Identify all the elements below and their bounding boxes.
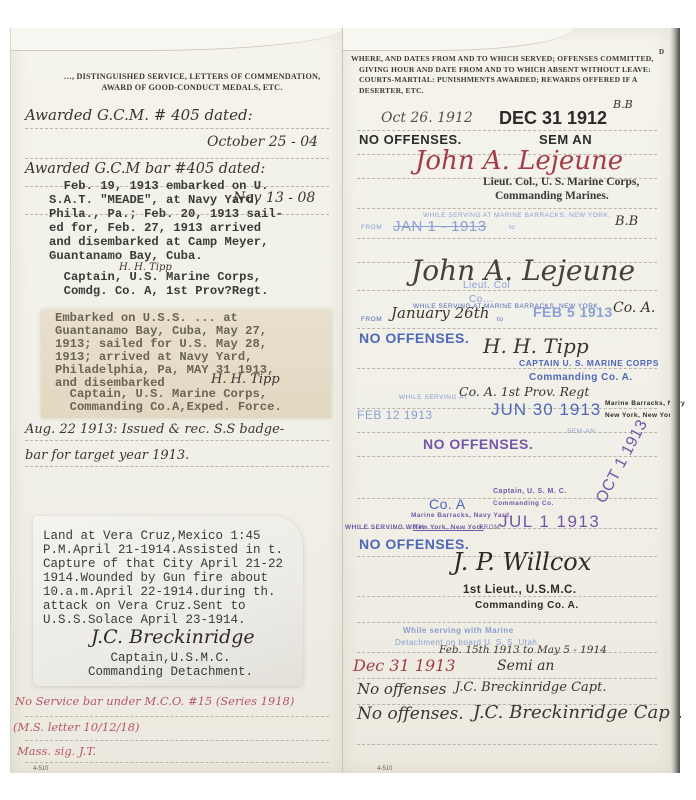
left-header: …, DISTINGUISHED SERVICE, LETTERS OF COM… — [47, 72, 337, 93]
service-bar-note: No Service bar under M.C.O. #15 (Series … — [15, 694, 294, 708]
entry-3-title: Commanding Co. A. — [529, 372, 633, 383]
entry-6-semi-annual: Semi an — [497, 658, 554, 674]
willcox-signature: J. P. Willcox — [453, 548, 591, 576]
entry-3-to-label: to — [497, 316, 503, 323]
page-fold — [11, 28, 343, 51]
right-header: WHERE, AND DATES FROM AND TO WHICH SERVE… — [351, 54, 669, 96]
slip-1-line: S.A.T. "MEADE", at Navy Yard, — [49, 194, 261, 208]
entry-2-initials: B.B — [615, 214, 638, 229]
service-bar-note: (M.S. letter 10/12/18) — [13, 720, 140, 734]
page-fold — [343, 28, 573, 51]
slip-1-line: ed for, Feb. 27, 1913 arrived — [49, 222, 261, 236]
entry-6-offense-1: No offenses — [357, 680, 446, 698]
right-header-line: COURTS-MARTIAL: PUNISHMENTS AWARDED; REW… — [351, 75, 669, 86]
entry-2-from-label: FROM — [361, 224, 382, 231]
entry-1-semi-annual: SEM AN — [539, 132, 592, 147]
entry-6-offense-2: No offenses. — [357, 704, 464, 724]
slip-3-line: 1914.Wounded by Gun fire about — [43, 572, 268, 586]
left-header-line-2: AWARD OF GOOD-CONDUCT MEDALS, ETC. — [47, 83, 337, 94]
entry-4-unit: Co. A. 1st Prov. Regt — [459, 384, 589, 399]
slip-1-title: Comdg. Co. A, 1st Prov?Regt. — [49, 285, 268, 299]
entry-4-to-stamp: JUN 30 1913 — [491, 400, 601, 420]
entry-5-company: Co. A — [429, 496, 466, 512]
entry-3-title: CAPTAIN U. S. MARINE CORPS — [519, 358, 659, 368]
entry-4-offenses-stamp: NO OFFENSES. — [423, 436, 533, 452]
entry-1-title: Lieut. Col., U. S. Marine Corps, — [483, 176, 639, 188]
slip-1-line: Feb. 19, 1913 embarked on U. — [49, 180, 268, 194]
entry-5-title: 1st Lieut., U.S.M.C. — [463, 584, 577, 596]
entry-5-location-1: Marine Barracks, Navy Yard, — [411, 512, 512, 519]
entry-4-location: New York, New York — [605, 412, 676, 419]
slip-3-line: Capture of that City April 21-22 — [43, 558, 283, 572]
left-header-line-1: …, DISTINGUISHED SERVICE, LETTERS OF COM… — [47, 72, 337, 83]
lejeune-signature: John A. Lejeune — [411, 254, 635, 287]
entry-5-commanding-stamp: Commanding Co. — [493, 500, 554, 507]
breckinridge-signature: J.C. Breckinridge — [91, 626, 255, 648]
slip-3-line: P.M.April 21-1914.Assisted in t. — [43, 544, 283, 558]
right-header-line: GIVING HOUR AND DATE FROM AND TO WHICH A… — [351, 65, 669, 76]
entry-2-to-label: to — [509, 224, 515, 231]
entry-1-from-date: Oct 26. 1912 — [381, 110, 473, 126]
entry-5-to-stamp: OCT 1 1913 — [593, 417, 652, 507]
sharpshooter-badge-entry: Aug. 22 1913: Issued & rec. S.S badge- — [25, 422, 284, 437]
right-header-line: WHERE, AND DATES FROM AND TO WHICH SERVE… — [351, 54, 669, 65]
page-edge-shadow — [670, 28, 680, 773]
slip-3-line: attack on Vera Cruz.Sent to — [43, 600, 246, 614]
service-bar-note: Mass. sig. J.T. — [17, 744, 96, 758]
entry-3-offenses-stamp: NO OFFENSES. — [359, 330, 469, 346]
entry-4-semi-annual: SEM-AN — [567, 428, 595, 435]
gcm-award-date: October 25 - 04 — [207, 134, 318, 150]
entry-5-location-2: New York, New York — [413, 524, 484, 531]
entry-5-from-label: FROM — [479, 524, 500, 531]
vera-cruz-slip: Land at Vera Cruz,Mexico 1:45 P.M.April … — [33, 516, 303, 686]
entry-5-title: Commanding Co. A. — [475, 600, 579, 611]
entry-6-red-date: Dec 31 1913 — [353, 656, 456, 675]
breckinridge-signature: J.C. Breckinridge Capt. — [473, 702, 683, 723]
slip-2-title: Commanding Co.A,Exped. Force. — [55, 401, 282, 415]
slip-3-line: Land at Vera Cruz,Mexico 1:45 — [43, 530, 261, 544]
entry-1-offenses-stamp: NO OFFENSES. — [359, 132, 462, 147]
right-header-line: DESERTER, ETC. — [351, 86, 669, 97]
left-page: …, DISTINGUISHED SERVICE, LETTERS OF COM… — [10, 28, 343, 773]
slip-1-line: Phila., Pa.; Feb. 20, 1913 sail- — [49, 208, 283, 222]
entry-3-initials: Co. A. — [613, 300, 655, 316]
entry-4-serving-at: WHILE SERVING AT — [399, 394, 468, 401]
slip-3-line: 10.a.m.April 22-1914.during th. — [43, 586, 276, 600]
entry-3-from-date: January 26th — [391, 304, 489, 322]
entry-2-from-stamp: JAN 1 - 1913 — [393, 218, 487, 235]
right-page: D WHERE, AND DATES FROM AND TO WHICH SER… — [342, 28, 671, 773]
entry-4-from-stamp: FEB 12 1913 — [357, 408, 433, 422]
entry-1-initials: B.B — [613, 98, 633, 111]
breckinridge-signature: J.C. Breckinridge Capt. — [455, 680, 606, 695]
entry-1-to-stamp: DEC 31 1912 — [499, 108, 607, 129]
slip-3-title: Commanding Detachment. — [43, 666, 253, 680]
slip-3-title: Captain,U.S.M.C. — [43, 652, 231, 666]
tipp-signature: H. H. Tipp — [211, 372, 280, 387]
entry-5-title-stamp: Captain, U. S. M. C. — [493, 488, 567, 495]
sharpshooter-badge-entry: bar for target year 1913. — [25, 448, 189, 463]
form-number: 4-510 — [33, 766, 48, 772]
gcm-award-entry: Awarded G.C.M. # 405 dated: — [25, 106, 253, 124]
slip-1-line: and disembarked at Camp Meyer, — [49, 236, 268, 250]
form-number: 4-510 — [377, 766, 392, 772]
entry-6-dates: Feb. 15th 1913 to May 5 - 1914 — [439, 644, 607, 656]
slip-1-title: Captain, U.S. Marine Corps, — [49, 271, 261, 285]
lejeune-signature: John A. Lejeune — [415, 146, 623, 176]
entry-6-serving-with: While serving with Marine — [403, 626, 514, 635]
entry-5-from-stamp: JUL 1 1913 — [499, 512, 600, 532]
tipp-signature: H. H. Tipp — [483, 334, 589, 358]
gcm-bar-entry: Awarded G.C.M bar #405 dated: — [25, 161, 265, 177]
entry-1-title: Commanding Marines. — [495, 190, 609, 202]
embarkation-slip-2: Embarked on U.S.S. ... at Guantanamo Bay… — [41, 310, 331, 418]
entry-3-to-stamp: FEB 5 1913 — [533, 304, 613, 320]
entry-3-from-label: FROM — [361, 316, 382, 323]
